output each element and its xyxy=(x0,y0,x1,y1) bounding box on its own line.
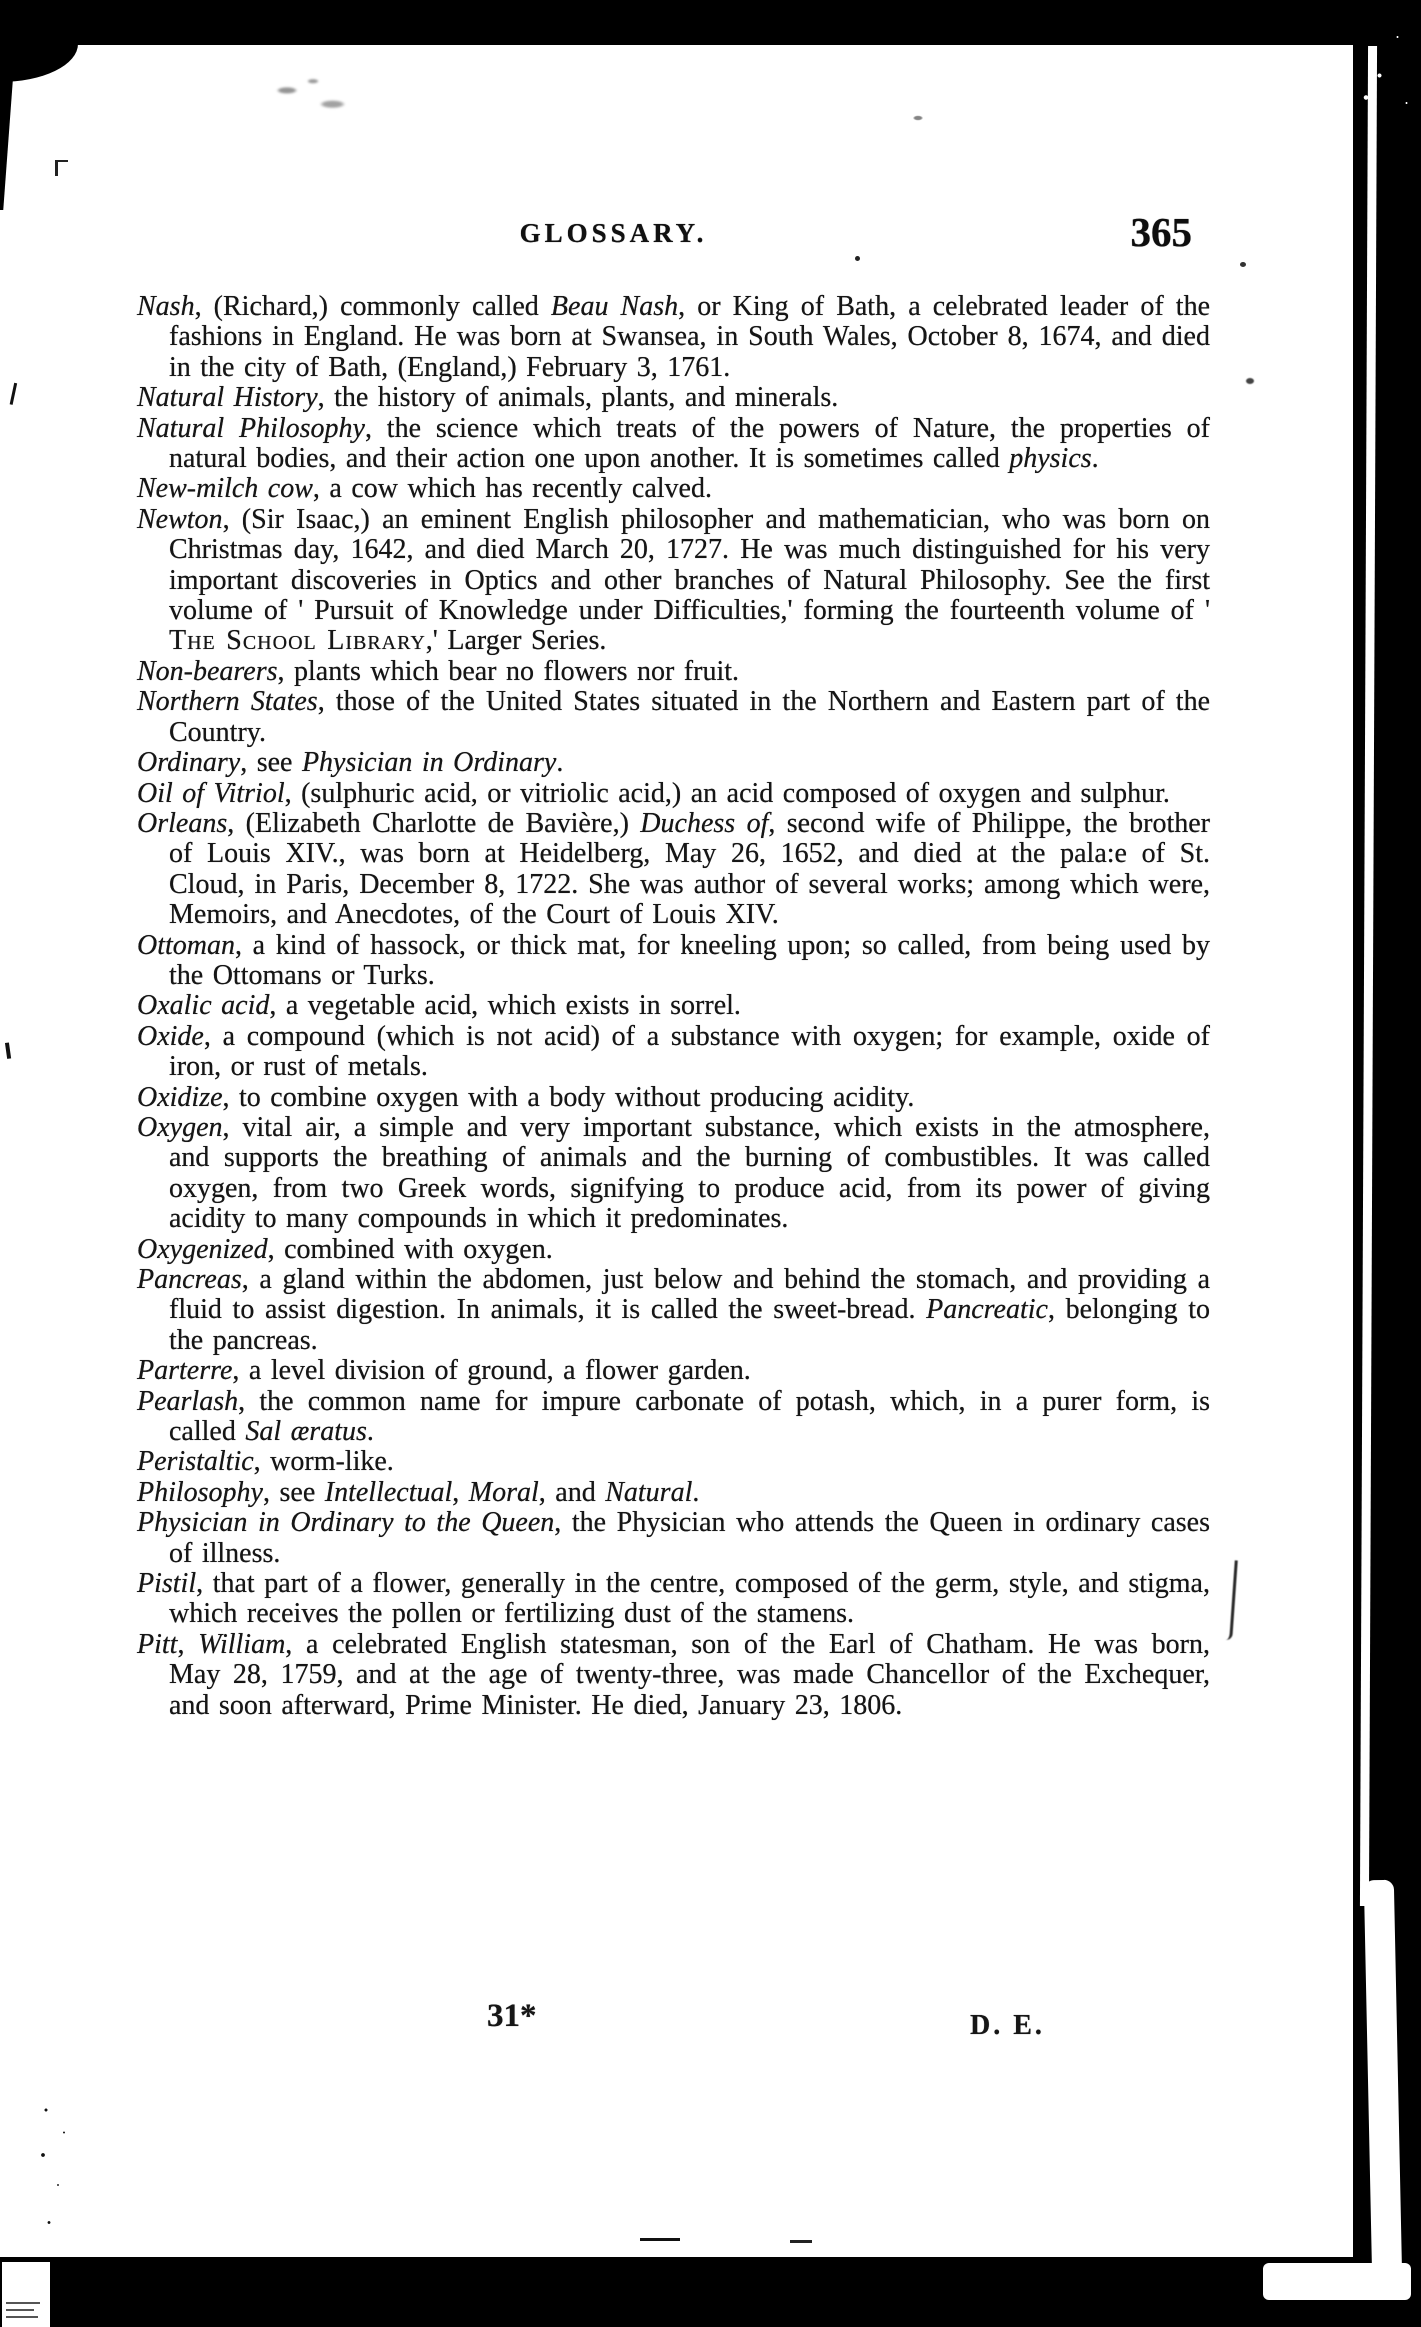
entry-term-or-italic: Newton xyxy=(137,504,223,535)
entry-term-or-italic: Pancreatic xyxy=(926,1294,1048,1325)
glossary-entry: Oil of Vitriol, (sulphuric acid, or vitr… xyxy=(137,779,1210,809)
entry-term-or-italic: Orleans xyxy=(137,808,227,839)
glossary-entry: Oxidize, to combine oxygen with a body w… xyxy=(137,1083,1210,1113)
entry-text: , vital air, a simple and very important… xyxy=(169,1112,1210,1234)
page-number: 365 xyxy=(1131,208,1193,256)
glossary-entry: Nash, (Richard,) commonly called Beau Na… xyxy=(137,292,1210,383)
scan-artifact xyxy=(1246,378,1254,384)
entry-text: The School Library xyxy=(169,625,426,656)
glossary-entry: Pearlash, the common name for impure car… xyxy=(137,1387,1210,1448)
entry-text: , worm-like. xyxy=(254,1446,394,1477)
page-edge-highlight-horizontal xyxy=(1263,2263,1411,2300)
glossary-entry: Oxygenized, combined with oxygen. xyxy=(137,1235,1210,1265)
scan-edge-top-curl xyxy=(0,44,78,82)
scan-artifact xyxy=(28,2095,88,2245)
entry-term-or-italic: Moral xyxy=(469,1477,539,1508)
entry-text: , (Elizabeth Charlotte de Bavière,) xyxy=(227,808,640,839)
entry-term-or-italic: Northern States xyxy=(137,686,318,717)
entry-text: , (Sir Isaac,) an eminent English philos… xyxy=(169,504,1210,626)
entry-term-or-italic: Peristaltic xyxy=(137,1446,254,1477)
glossary-entry: Peristaltic, worm-like. xyxy=(137,1447,1210,1477)
entry-term-or-italic: New-milch cow xyxy=(137,473,313,504)
glossary-entry: Northern States, those of the United Sta… xyxy=(137,687,1210,748)
entry-text: , to combine oxygen with a body without … xyxy=(223,1082,915,1113)
entry-text: , plants which bear no flowers nor fruit… xyxy=(278,656,740,687)
scanned-book-page: { "page": { "header": { "title": "GLOSSA… xyxy=(0,0,1421,2327)
entry-term-or-italic: William xyxy=(198,1629,285,1660)
glossary-entry: Ordinary, see Physician in Ordinary. xyxy=(137,748,1210,778)
entry-text: , see xyxy=(263,1477,325,1508)
entry-term-or-italic: Natural History xyxy=(137,382,318,413)
glossary-entry: Non-bearers, plants which bear no flower… xyxy=(137,657,1210,687)
scan-artifact xyxy=(55,160,68,176)
entry-text: , a vegetable acid, which exists in sorr… xyxy=(269,990,741,1021)
scan-grain-top-right xyxy=(1330,15,1420,125)
glossary-entry: Oxygen, vital air, a simple and very imp… xyxy=(137,1113,1210,1235)
page-corner-white xyxy=(2,2262,50,2327)
entry-text: , the history of animals, plants, and mi… xyxy=(318,382,839,413)
glossary-entry: Natural Philosophy, the science which tr… xyxy=(137,414,1210,475)
entry-term-or-italic: Pistil xyxy=(137,1568,196,1599)
entry-term-or-italic: Oxidize xyxy=(137,1082,223,1113)
glossary-entry: Orleans, (Elizabeth Charlotte de Bavière… xyxy=(137,809,1210,931)
entry-term-or-italic: Oxalic acid xyxy=(137,990,269,1021)
entry-term-or-italic: Oxygen xyxy=(137,1112,223,1143)
entry-text: . xyxy=(692,1477,699,1508)
glossary-entry: Natural History, the history of animals,… xyxy=(137,383,1210,413)
entry-term-or-italic: Oil of Vitriol xyxy=(137,778,285,809)
scan-artifact xyxy=(1240,262,1246,267)
entry-text: , that part of a flower, generally in th… xyxy=(169,1568,1210,1629)
glossary-entry: Parterre, a level division of ground, a … xyxy=(137,1356,1210,1386)
entry-term-or-italic: Nash xyxy=(137,291,195,322)
entry-term-or-italic: Intellectual xyxy=(325,1477,453,1508)
glossary-entry: Philosophy, see Intellectual, Moral, and… xyxy=(137,1478,1210,1508)
entry-term-or-italic: Beau Nash xyxy=(551,291,678,322)
scan-edge-left-tail xyxy=(0,78,13,210)
entry-text: ,' Larger Series. xyxy=(426,625,607,656)
entry-text: , a level division of ground, a flower g… xyxy=(232,1355,750,1386)
entry-term-or-italic: Pearlash xyxy=(137,1386,238,1417)
glossary-entry: Ottoman, a kind of hassock, or thick mat… xyxy=(137,931,1210,992)
entry-text: , a kind of hassock, or thick mat, for k… xyxy=(169,930,1210,991)
page-title: GLOSSARY. xyxy=(137,218,1090,249)
entry-text: . xyxy=(367,1416,374,1447)
entry-text: . xyxy=(556,747,563,778)
entry-term-or-italic: Philosophy xyxy=(137,1477,263,1508)
entry-term-or-italic: Physician in Ordinary to the Queen xyxy=(137,1507,554,1538)
entry-text: , those of the United States situated in… xyxy=(169,686,1210,747)
entry-text: , see xyxy=(240,747,302,778)
glossary-entry: Pistil, that part of a flower, generally… xyxy=(137,1569,1210,1630)
glossary-entries: Nash, (Richard,) commonly called Beau Na… xyxy=(137,292,1210,1721)
glossary-entry: Newton, (Sir Isaac,) an eminent English … xyxy=(137,505,1210,657)
glossary-entry: Oxalic acid, a vegetable acid, which exi… xyxy=(137,991,1210,1021)
glossary-entry: Pancreas, a gland within the abdomen, ju… xyxy=(137,1265,1210,1356)
entry-term-or-italic: Natural xyxy=(605,1477,692,1508)
scan-artifact xyxy=(640,2238,680,2241)
scan-artifact xyxy=(1219,1560,1238,1641)
entry-term-or-italic: Oxide xyxy=(137,1021,204,1052)
entry-term-or-italic: Physician in Ordinary xyxy=(302,747,556,778)
entry-text: , (Richard,) commonly called xyxy=(195,291,551,322)
entry-term-or-italic: Sal æratus xyxy=(245,1416,367,1447)
scan-artifact xyxy=(248,72,378,118)
entry-term-or-italic: Ottoman xyxy=(137,930,235,961)
entry-term-or-italic: Ordinary xyxy=(137,747,240,778)
entry-text: , (sulphuric acid, or vitriolic acid,) a… xyxy=(285,778,1170,809)
signature-mark: 31* xyxy=(487,1998,537,2035)
entry-text: , xyxy=(177,1629,198,1660)
scan-artifact xyxy=(5,1041,21,1059)
entry-term-or-italic: Natural Philosophy xyxy=(137,413,365,444)
entry-term-or-italic: Duchess of xyxy=(640,808,768,839)
entry-term-or-italic: Oxygenized xyxy=(137,1234,268,1265)
entry-term-or-italic: physics xyxy=(1009,443,1091,474)
scan-artifact xyxy=(905,110,931,126)
entry-text: , xyxy=(452,1477,469,1508)
entry-text: . xyxy=(1092,443,1099,474)
page-header: GLOSSARY. 365 xyxy=(137,218,1210,262)
glossary-entry: New-milch cow, a cow which has recently … xyxy=(137,474,1210,504)
entry-text: , combined with oxygen. xyxy=(268,1234,553,1265)
entry-text: , a compound (which is not acid) of a su… xyxy=(169,1021,1210,1082)
entry-text: , a celebrated English statesman, son of… xyxy=(169,1629,1210,1721)
entry-text: , and xyxy=(539,1477,605,1508)
entry-term-or-italic: Pancreas xyxy=(137,1264,242,1295)
glossary-entry: Oxide, a compound (which is not acid) of… xyxy=(137,1022,1210,1083)
scan-artifact xyxy=(2,381,17,405)
scan-edge-top xyxy=(0,0,1421,45)
glossary-entry: Physician in Ordinary to the Queen, the … xyxy=(137,1508,1210,1569)
scan-artifact xyxy=(790,2240,812,2243)
entry-term-or-italic: Parterre xyxy=(137,1355,232,1386)
scan-edge-bottom xyxy=(0,2257,1421,2327)
printer-initials: D. E. xyxy=(970,2010,1045,2042)
entry-term-or-italic: Pitt xyxy=(137,1629,177,1660)
entry-term-or-italic: Non-bearers xyxy=(137,656,278,687)
glossary-entry: Pitt, William, a celebrated English stat… xyxy=(137,1630,1210,1721)
entry-text: , a cow which has recently calved. xyxy=(313,473,712,504)
